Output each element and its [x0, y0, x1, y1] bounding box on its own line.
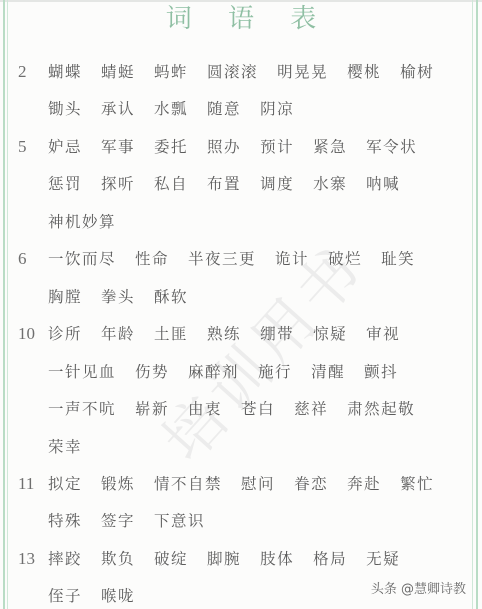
vocabulary-word: 破烂 [328, 247, 362, 271]
left-border [3, 0, 8, 609]
vocabulary-word: 苍白 [241, 397, 275, 421]
page-title: 词 语 表 [0, 0, 482, 35]
vocabulary-word: 喉咙 [101, 584, 135, 608]
vocabulary-word: 蜻蜓 [101, 60, 135, 84]
vocabulary-word: 颤抖 [364, 360, 398, 384]
vocabulary-word: 预计 [260, 135, 294, 159]
vocabulary-word: 情不自禁 [154, 472, 222, 496]
vocabulary-word: 特殊 [48, 509, 82, 533]
vocabulary-word: 一针见血 [48, 360, 116, 384]
vocabulary-word: 调度 [260, 172, 294, 196]
vocabulary-word: 惊疑 [313, 322, 347, 346]
vocabulary-word: 欺负 [101, 547, 135, 571]
word-line: 一针见血伤势麻醉剂施行清醒颤抖 [48, 360, 417, 384]
vocabulary-word: 明晃晃 [277, 60, 328, 84]
vocabulary-word: 诡计 [275, 247, 309, 271]
vocabulary-word: 水寨 [313, 172, 347, 196]
vocabulary-word: 阴凉 [260, 97, 294, 121]
lesson-number: 6 [18, 247, 27, 271]
vocabulary-word: 脚腕 [207, 547, 241, 571]
vocabulary-word: 荣幸 [48, 435, 82, 459]
vocabulary-word: 拟定 [48, 472, 82, 496]
word-line: 特殊签字下意识 [48, 509, 224, 533]
word-line: 诊所年龄土匪熟练绷带惊疑审视 [48, 322, 419, 346]
vocabulary-word: 神机妙算 [48, 210, 116, 234]
vocabulary-word: 肃然起敬 [347, 397, 415, 421]
source-attribution: 头条 @慧卿诗教 [371, 578, 466, 597]
vocabulary-word: 布置 [207, 172, 241, 196]
vocabulary-word: 慈祥 [294, 397, 328, 421]
vocabulary-word: 性命 [135, 247, 169, 271]
vocabulary-word: 审视 [366, 322, 400, 346]
vocabulary-word: 慰问 [241, 472, 275, 496]
vocabulary-word: 锻炼 [101, 472, 135, 496]
vocabulary-word: 清醒 [311, 360, 345, 384]
vocabulary-word: 圆滚滚 [207, 60, 258, 84]
vocabulary-word: 一声不吭 [48, 397, 116, 421]
word-line: 荣幸 [48, 435, 101, 459]
vocabulary-word: 繁忙 [400, 472, 434, 496]
vocabulary-word: 签字 [101, 509, 135, 533]
vocabulary-word: 下意识 [154, 509, 205, 533]
word-line: 妒忌军事委托照办预计紧急军令状 [48, 135, 436, 159]
lesson-number: 5 [18, 135, 27, 159]
lesson-number: 13 [18, 547, 35, 571]
vocabulary-word: 侄子 [48, 584, 82, 608]
right-border [472, 0, 478, 609]
vocabulary-word: 耻笑 [381, 247, 415, 271]
vocabulary-word: 承认 [101, 97, 135, 121]
vocabulary-word: 一饮而尽 [48, 247, 116, 271]
word-line: 一饮而尽性命半夜三更诡计破烂耻笑 [48, 247, 434, 271]
vocabulary-word: 蝴蝶 [48, 60, 82, 84]
vocabulary-word: 肢体 [260, 547, 294, 571]
vocabulary-word: 胸膛 [48, 285, 82, 309]
word-line: 侄子喉咙 [48, 584, 154, 608]
vocabulary-word: 拳头 [101, 285, 135, 309]
vocabulary-word: 随意 [207, 97, 241, 121]
vocabulary-word: 妒忌 [48, 135, 82, 159]
vocabulary-word: 半夜三更 [188, 247, 256, 271]
vocabulary-word: 紧急 [313, 135, 347, 159]
vocabulary-word: 水瓢 [154, 97, 188, 121]
vocabulary-word: 由衷 [188, 397, 222, 421]
vocabulary-word: 破绽 [154, 547, 188, 571]
word-line: 神机妙算 [48, 210, 135, 234]
word-line: 一声不吭崭新由衷苍白慈祥肃然起敬 [48, 397, 434, 421]
vocabulary-word: 锄头 [48, 97, 82, 121]
vocabulary-word: 军令状 [366, 135, 417, 159]
vocabulary-word: 熟练 [207, 322, 241, 346]
vocabulary-word: 惩罚 [48, 172, 82, 196]
vocabulary-word: 格局 [313, 547, 347, 571]
vocabulary-word: 崭新 [135, 397, 169, 421]
word-line: 拟定锻炼情不自禁慰问眷恋奔赴繁忙 [48, 472, 453, 496]
word-line: 蝴蝶蜻蜓蚂蚱圆滚滚明晃晃樱桃榆树 [48, 60, 453, 84]
vocabulary-word: 奔赴 [347, 472, 381, 496]
vocabulary-word: 眷恋 [294, 472, 328, 496]
vocabulary-word: 私自 [154, 172, 188, 196]
vocabulary-word: 探听 [101, 172, 135, 196]
vocabulary-word: 土匪 [154, 322, 188, 346]
word-line: 摔跤欺负破绽脚腕肢体格局无疑 [48, 547, 419, 571]
lesson-number: 11 [18, 472, 34, 496]
vocabulary-word: 樱桃 [347, 60, 381, 84]
lesson-number: 10 [18, 322, 35, 346]
word-line: 胸膛拳头酥软 [48, 285, 207, 309]
vocabulary-word: 军事 [101, 135, 135, 159]
vocabulary-word: 施行 [258, 360, 292, 384]
vocabulary-word: 麻醉剂 [188, 360, 239, 384]
vocabulary-word: 年龄 [101, 322, 135, 346]
word-line: 锄头承认水瓢随意阴凉 [48, 97, 313, 121]
word-line: 惩罚探听私自布置调度水寨呐喊 [48, 172, 419, 196]
vocabulary-word: 委托 [154, 135, 188, 159]
vocabulary-word: 蚂蚱 [154, 60, 188, 84]
vocabulary-word: 榆树 [400, 60, 434, 84]
lesson-number: 2 [18, 60, 27, 84]
vocabulary-word: 诊所 [48, 322, 82, 346]
vocabulary-word: 摔跤 [48, 547, 82, 571]
vocabulary-word: 呐喊 [366, 172, 400, 196]
vocabulary-word: 绷带 [260, 322, 294, 346]
vocabulary-word: 无疑 [366, 547, 400, 571]
vocabulary-word: 酥软 [154, 285, 188, 309]
vocabulary-word: 照办 [207, 135, 241, 159]
vocabulary-page: 词 语 表 培训用书 2蝴蝶蜻蜓蚂蚱圆滚滚明晃晃樱桃榆树锄头承认水瓢随意阴凉5妒… [0, 0, 482, 609]
vocabulary-word: 伤势 [135, 360, 169, 384]
